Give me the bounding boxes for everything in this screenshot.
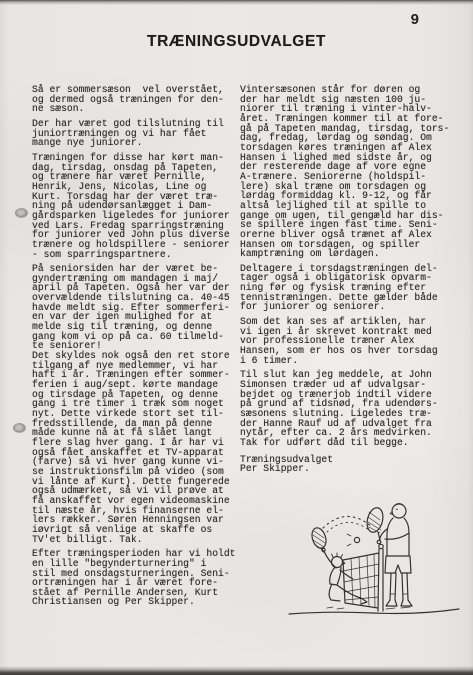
page-number: 9 xyxy=(411,11,419,28)
paragraph: Til slut kan jeg meddele, at John Simons… xyxy=(240,370,452,447)
paragraph: Der har været god tilslutning til junior… xyxy=(32,119,240,148)
punch-hole xyxy=(15,208,28,218)
scan-edge-bottom xyxy=(0,666,473,675)
page-title: TRÆNINGSUDVALGET xyxy=(0,33,473,51)
paragraph: Træningen for disse har kørt man- dag, t… xyxy=(32,153,240,259)
paragraph: Efter træningsperioden har vi holdt en l… xyxy=(32,549,240,607)
scanned-page: 9 TRÆNINGSUDVALGET Så er sommersæson vel… xyxy=(0,0,473,675)
tennis-cartoon-illustration xyxy=(283,496,467,630)
left-column: Så er sommersæson vel overstået, og derm… xyxy=(32,85,240,612)
paragraph: Deltagere i torsdagstræningen del- tager… xyxy=(240,264,452,312)
paragraph: Vintersæsonen står for døren og der har … xyxy=(240,85,452,259)
signature: Træningsudvalget Per Skipper. xyxy=(240,455,452,474)
paragraph: Så er sommersæson vel overstået, og derm… xyxy=(32,85,240,114)
scan-edge-top xyxy=(0,0,473,5)
paragraph: På seniorsiden har der været be- gyndert… xyxy=(32,264,240,544)
ground-line xyxy=(289,609,459,614)
paragraph: Som det kan ses af artiklen, har vi igen… xyxy=(240,317,452,365)
punch-hole xyxy=(13,423,26,433)
